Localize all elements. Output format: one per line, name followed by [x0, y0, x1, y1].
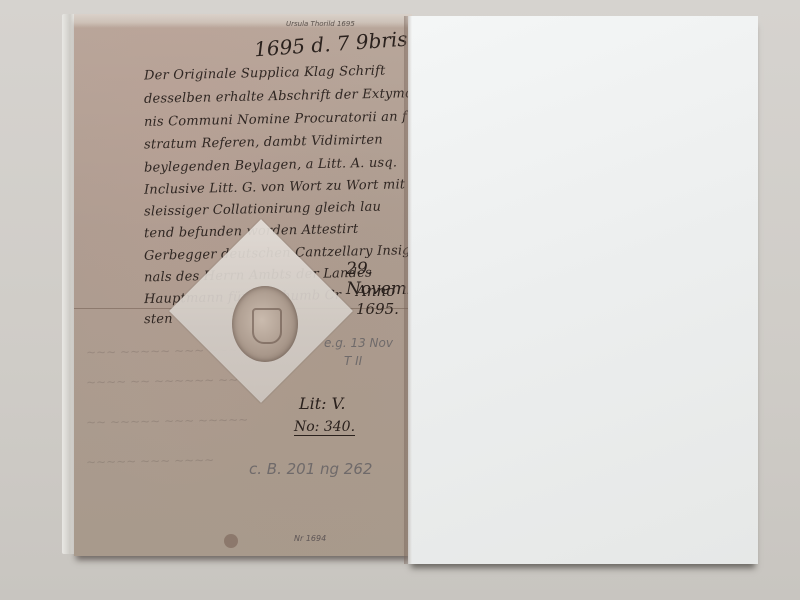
lit-label: Lit: V.: [299, 394, 346, 413]
manuscript-line: sleissiger Collationirung gleich lau: [144, 200, 381, 220]
date-heading: 1695 d. 7 9bris: [253, 27, 408, 62]
manuscript-line: sten: [144, 312, 173, 328]
wax-seal-icon: [232, 286, 298, 362]
number-label: No: 340.: [294, 419, 355, 436]
manuscript-line: Inclusive Litt. G. von Wort zu Wort mit: [144, 177, 406, 197]
bleed-through-text: ~~~~~ ~~~ ~~~~: [86, 453, 215, 469]
coat-of-arms-icon: [252, 308, 282, 344]
archive-note: Ursula Thorild 1695: [286, 20, 355, 28]
manuscript-line: nis Communi Nomine Procuratorii an fur: [144, 109, 412, 130]
gutter-shadow: [404, 16, 412, 564]
blank-sheet: [408, 16, 758, 564]
stain: [224, 534, 238, 548]
manuscript-line: beylegenden Beylagen, a Litt. A. usq.: [144, 155, 397, 175]
bleed-through-text: ~~ ~~~~~ ~~~ ~~~~~: [86, 413, 248, 430]
manuscript-line: desselben erhalte Abschrift der Extymo: [144, 86, 412, 107]
torn-top-edge: [74, 14, 412, 28]
bleed-through-text: ~~~~ ~~ ~~~~~~ ~~: [86, 373, 238, 390]
pencil-small-note: Nr 1694: [294, 534, 326, 543]
manuscript-line: stratum Referen, dambt Vidimirten: [144, 132, 383, 152]
manuscript-line: Der Originale Supplica Klag Schrift: [144, 63, 386, 83]
pencil-note: T II: [344, 354, 362, 368]
pencil-note: e.g. 13 Nov: [324, 336, 393, 350]
pencil-reference: c. B. 201 ng 262: [249, 460, 372, 478]
manuscript-page: Ursula Thorild 1695 1695 d. 7 9bris ~~~ …: [74, 14, 412, 556]
